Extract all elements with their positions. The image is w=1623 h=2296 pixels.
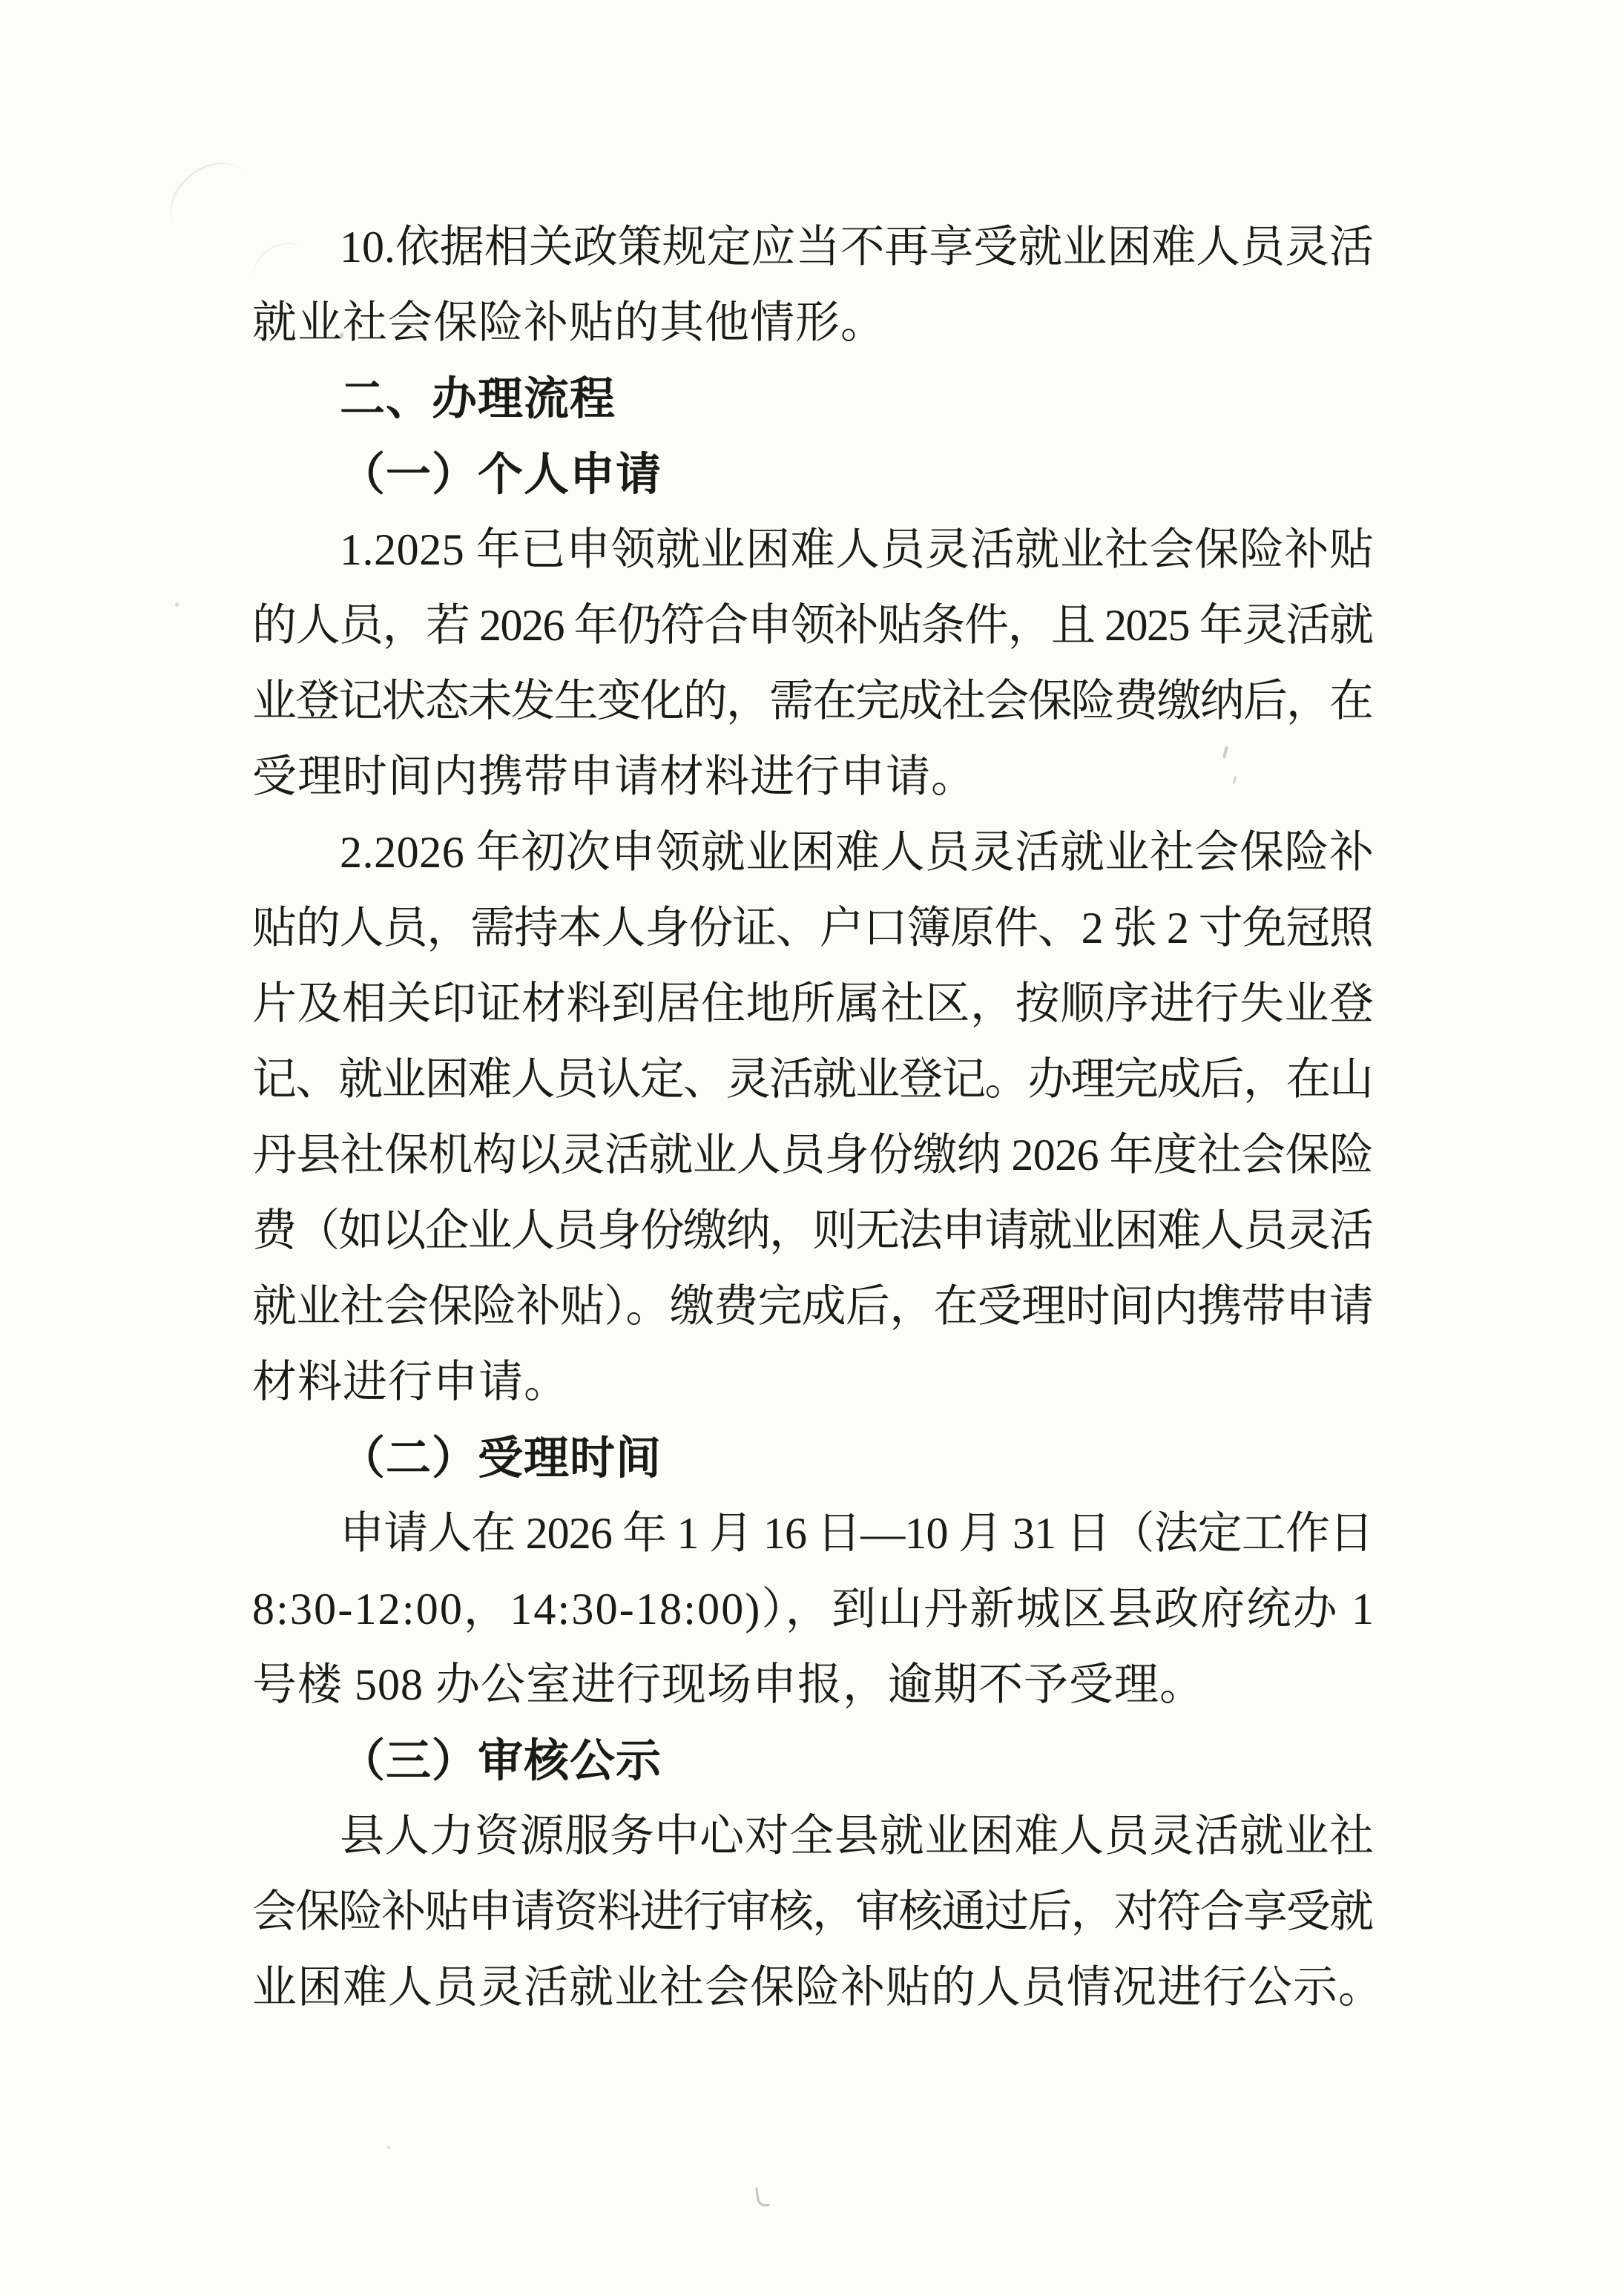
text-line: 8:30-12:00，14:30-18:00)），到山丹新城区县政府统办 1 (252, 1571, 1374, 1647)
text-line-content: 8:30-12:00，14:30-18:00)），到山丹新城区县政府统办 1 (252, 1571, 1375, 1647)
text-line-content: 贴的人员，需持本人身份证、户口簿原件、2 张 2 寸免冠照 (252, 890, 1373, 966)
scan-artifact (155, 147, 268, 256)
text-line: 会保险补贴申请资料进行审核，审核通过后，对符合享受就 (252, 1874, 1374, 1950)
text-line: 县人力资源服务中心对全县就业困难人员灵活就业社 (252, 1798, 1374, 1874)
text-line: 记、就业困难人员认定、灵活就业登记。办理完成后，在山 (252, 1042, 1374, 1117)
text-line: 费（如以企业人员身份缴纳，则无法申请就业困难人员灵活 (252, 1193, 1374, 1269)
text-line: 业登记状态未发生变化的，需在完成社会保险费缴纳后，在 (252, 663, 1374, 739)
text-line: 材料进行申请。 (252, 1344, 1374, 1420)
text-line: 贴的人员，需持本人身份证、户口簿原件、2 张 2 寸免冠照 (252, 890, 1374, 966)
text-line-content: （二）受理时间 (340, 1420, 662, 1496)
text-line: （二）受理时间 (252, 1420, 1374, 1496)
text-line-content: 10.依据相关政策规定应当不再享受就业困难人员灵活 (340, 209, 1374, 285)
text-line-content: 申请人在 2026 年 1 月 16 日—10 月 31 日（法定工作日 (340, 1496, 1373, 1571)
text-line: 2.2026 年初次申领就业困难人员灵活就业社会保险补 (252, 815, 1374, 890)
text-line-content: 受理时间内携带申请材料进行申请。 (252, 739, 976, 815)
text-line-content: 费（如以企业人员身份缴纳，则无法申请就业困难人员灵活 (252, 1193, 1372, 1269)
text-line: 1.2025 年已申领就业困难人员灵活就业社会保险补贴 (252, 512, 1374, 588)
text-line: 受理时间内携带申请材料进行申请。 (252, 739, 1374, 815)
text-line: 片及相关印证材料到居住地所属社区，按顺序进行失业登 (252, 966, 1374, 1042)
text-line-content: （一）个人申请 (340, 436, 662, 512)
document-page: 10.依据相关政策规定应当不再享受就业困难人员灵活就业社会保险补贴的其他情形。二… (0, 0, 1623, 2296)
text-line-content: （三）审核公示 (340, 1723, 662, 1798)
scan-artifact (387, 2146, 390, 2149)
text-line: 号楼 508 办公室进行现场申报，逾期不予受理。 (252, 1647, 1374, 1723)
text-line: 业困难人员灵活就业社会保险补贴的人员情况进行公示。 (252, 1950, 1374, 2025)
text-line-content: 2.2026 年初次申领就业困难人员灵活就业社会保险补 (340, 815, 1375, 890)
text-block: 10.依据相关政策规定应当不再享受就业困难人员灵活就业社会保险补贴的其他情形。二… (252, 209, 1374, 2025)
text-line: 就业社会保险补贴的其他情形。 (252, 285, 1374, 361)
text-line: （一）个人申请 (252, 436, 1374, 512)
text-line: 就业社会保险补贴）。缴费完成后，在受理时间内携带申请 (252, 1269, 1374, 1344)
text-line-content: 就业社会保险补贴的其他情形。 (252, 285, 886, 361)
text-line-content: 县人力资源服务中心对全县就业困难人员灵活就业社 (340, 1798, 1375, 1874)
text-line-content: 业登记状态未发生变化的，需在完成社会保险费缴纳后，在 (252, 663, 1372, 739)
scan-artifact (755, 2186, 770, 2208)
text-line-content: 片及相关印证材料到居住地所属社区，按顺序进行失业登 (252, 966, 1375, 1042)
text-line-content: 材料进行申请。 (252, 1344, 569, 1420)
scan-artifact (175, 602, 179, 607)
text-line-content: 号楼 508 办公室进行现场申报，逾期不予受理。 (252, 1647, 1205, 1723)
text-line-content: 就业社会保险补贴）。缴费完成后，在受理时间内携带申请 (252, 1269, 1373, 1344)
text-line: 二、办理流程 (252, 361, 1374, 436)
text-line: 申请人在 2026 年 1 月 16 日—10 月 31 日（法定工作日 (252, 1496, 1374, 1571)
text-line-content: 记、就业困难人员认定、灵活就业登记。办理完成后，在山 (252, 1042, 1372, 1117)
text-line-content: 1.2025 年已申领就业困难人员灵活就业社会保险补贴 (340, 512, 1375, 588)
text-line-content: 二、办理流程 (340, 361, 616, 436)
text-line: （三）审核公示 (252, 1723, 1374, 1798)
text-line-content: 丹县社保机构以灵活就业人员身份缴纳 2026 年度社会保险 (252, 1117, 1373, 1193)
text-line: 的人员，若 2026 年仍符合申领补贴条件，且 2025 年灵活就 (252, 588, 1374, 663)
text-line: 丹县社保机构以灵活就业人员身份缴纳 2026 年度社会保险 (252, 1117, 1374, 1193)
text-line: 10.依据相关政策规定应当不再享受就业困难人员灵活 (252, 209, 1374, 285)
text-line-content: 会保险补贴申请资料进行审核，审核通过后，对符合享受就 (252, 1874, 1372, 1950)
text-line-content: 的人员，若 2026 年仍符合申领补贴条件，且 2025 年灵活就 (252, 588, 1373, 663)
text-line-content: 业困难人员灵活就业社会保险补贴的人员情况进行公示。 (252, 1950, 1383, 2025)
